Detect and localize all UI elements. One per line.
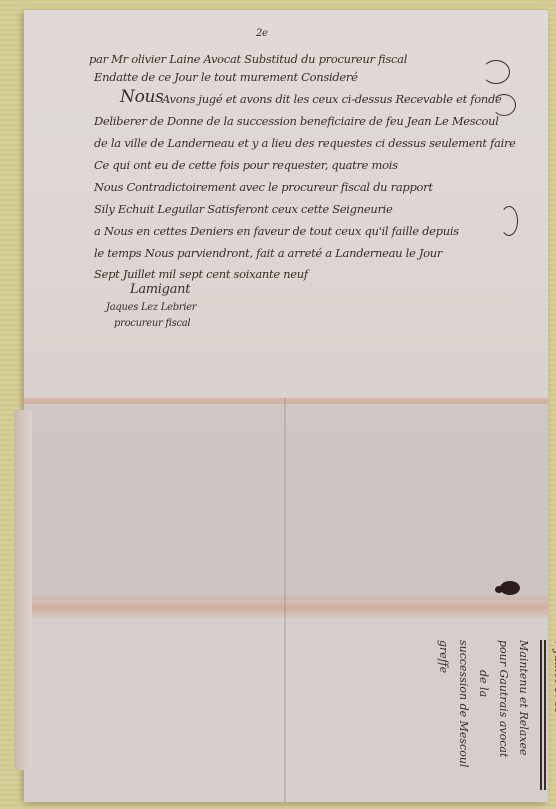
endorsement-line-5: greffe — [437, 640, 450, 673]
body-line-1: par Mr olivier Laine Avocat Substitud du… — [89, 52, 407, 66]
body-line-6: Ce qui ont eu de cette fois pour request… — [94, 158, 398, 172]
vertical-fold — [284, 398, 286, 802]
torn-left-edge — [14, 410, 32, 770]
flourish-mark — [492, 94, 516, 116]
body-line-5: de la ville de Landerneau et y a lieu de… — [94, 136, 516, 150]
endorsement-date: 7 Juillet 1769 — [552, 640, 556, 715]
flourish-mark — [500, 206, 518, 236]
body-line-8: Sily Echuit Leguilar Satisferont ceux ce… — [94, 202, 393, 216]
signature-1: Lamigant — [130, 282, 190, 297]
endorsement-rule — [540, 640, 542, 790]
signature-2: Jaques Lez Lebrier — [106, 302, 196, 313]
endorsement-rule — [544, 640, 546, 790]
endorsement-line-2: pour Gautrais avocat — [497, 640, 510, 757]
signature-3: procureur fiscal — [114, 318, 190, 329]
manuscript-sheet: 2e par Mr olivier Laine Avocat Substitud… — [24, 10, 548, 802]
body-line-2: Endatte de ce Jour le tout murement Cons… — [94, 70, 358, 84]
body-line-10: le temps Nous parviendront, fait a arret… — [94, 246, 442, 260]
body-nous: Nous — [120, 87, 164, 107]
ink-blot — [500, 581, 520, 595]
endorsement-line-3: de la — [477, 670, 490, 697]
body-line-3: Avons jugé et avons dit les ceux ci-dess… — [162, 92, 502, 106]
flourish-mark — [482, 60, 510, 84]
body-line-9: a Nous en cettes Deniers en faveur de to… — [94, 224, 459, 238]
middle-panel — [24, 404, 548, 600]
endorsement-line-4: succession de Mescoul — [457, 640, 470, 767]
ink-blot — [495, 586, 503, 593]
body-line-4: Deliberer de Donne de la succession bene… — [94, 114, 499, 128]
header-mark: 2e — [256, 28, 268, 39]
fold-crease-lower — [24, 596, 548, 618]
endorsement-line-1: Maintenu et Relaxee — [517, 640, 530, 756]
endorsement-block: 7 Juillet 1769 Maintenu et Relaxee pour … — [420, 640, 556, 780]
body-line-7: Nous Contradictoirement avec le procureu… — [94, 180, 433, 194]
body-line-11: Sept Juillet mil sept cent soixante neuf — [94, 267, 308, 281]
